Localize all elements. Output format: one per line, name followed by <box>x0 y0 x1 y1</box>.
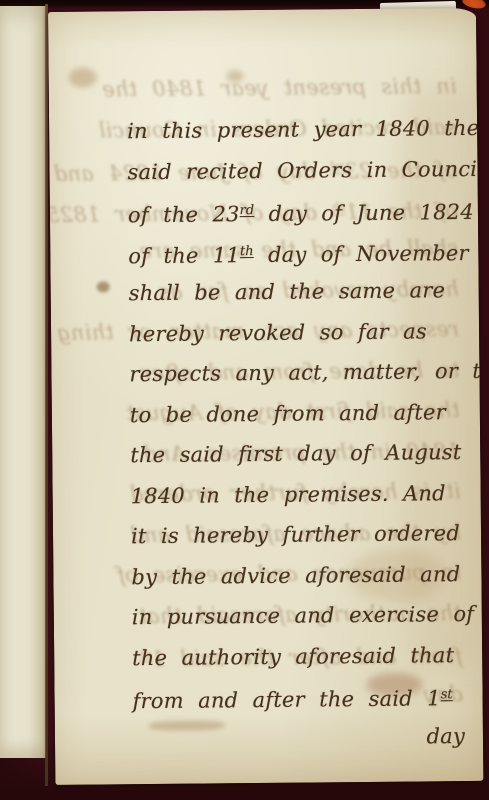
manuscript-word-segment: day <box>426 724 465 748</box>
manuscript-line: by the advice aforesaid and <box>131 553 479 597</box>
manuscript-line: of the 23rd day of June 1824 and <box>128 189 476 233</box>
bleedthrough-line: in this present year 1840 the <box>48 66 457 110</box>
bleedthrough-text: in this present year 1840 the <box>102 74 457 101</box>
manuscript-word-segment: in this present year 1840 the <box>127 116 479 143</box>
manuscript-word-segment: of the 11 <box>128 243 240 268</box>
manuscript-line: said recited Orders in Council <box>127 148 475 192</box>
manuscript-line: it is hereby further ordered <box>131 513 479 557</box>
manuscript-line: from and after the said 1st <box>132 675 480 719</box>
manuscript-line: to be done from and after <box>130 391 478 435</box>
manuscript-word-segment: the authority aforesaid that <box>132 643 454 670</box>
manuscript-line: respects any act, matter, or thing <box>129 351 477 395</box>
manuscript-word-segment: by the advice aforesaid and <box>131 562 460 589</box>
manuscript-word-segment: to be done from and after <box>130 400 446 427</box>
stain <box>97 281 110 292</box>
manuscript-line: day <box>133 715 481 759</box>
adjacent-page-edge <box>0 6 46 758</box>
gutter-fold-line <box>45 4 48 786</box>
manuscript-line: the said first day of August <box>130 432 478 476</box>
manuscript-word-segment: of the 23 <box>128 202 240 227</box>
manuscript-line: 1840 in the premises. And <box>130 472 478 516</box>
manuscript-word-segment: respects any act, matter, or thing <box>129 358 483 386</box>
manuscript-line: shall be and the same are <box>129 270 477 314</box>
photo-frame: in this present year 1840 thesaid recite… <box>0 0 489 800</box>
stain <box>227 70 244 82</box>
manuscript-word-segment: day of June 1824 and <box>254 199 483 226</box>
manuscript-word-segment: day of November 1825 <box>254 240 484 267</box>
manuscript-word-segment: in pursuance and exercise of <box>132 602 475 629</box>
manuscript-word-segment: th <box>240 244 254 259</box>
manuscript-word-segment: 1840 in the premises. And <box>131 481 446 508</box>
manuscript-word-segment: rd <box>240 203 255 218</box>
manuscript-word-segment: the said first day of August <box>130 440 461 467</box>
manuscript-line: of the 11th day of November 1825 <box>128 229 476 273</box>
manuscript-word-segment: from and after the said 1 <box>133 686 441 713</box>
manuscript-text: in this present year 1840 thesaid recite… <box>127 108 481 759</box>
manuscript-word-segment: shall be and the same are <box>129 278 446 305</box>
manuscript-word-segment: it is hereby further ordered <box>131 521 460 548</box>
manuscript-word-segment: hereby revoked so far as <box>129 319 427 346</box>
manuscript-line: hereby revoked so far as <box>129 310 477 354</box>
manuscript-line: the authority aforesaid that <box>132 634 480 678</box>
manuscript-page: in this present year 1840 thesaid recite… <box>48 8 483 785</box>
manuscript-line: in pursuance and exercise of <box>132 594 480 638</box>
manuscript-word-segment: said recited Orders in Council <box>127 156 483 183</box>
manuscript-line: in this present year 1840 the <box>127 108 475 152</box>
stain <box>69 68 97 88</box>
manuscript-word-segment: st <box>441 687 453 702</box>
